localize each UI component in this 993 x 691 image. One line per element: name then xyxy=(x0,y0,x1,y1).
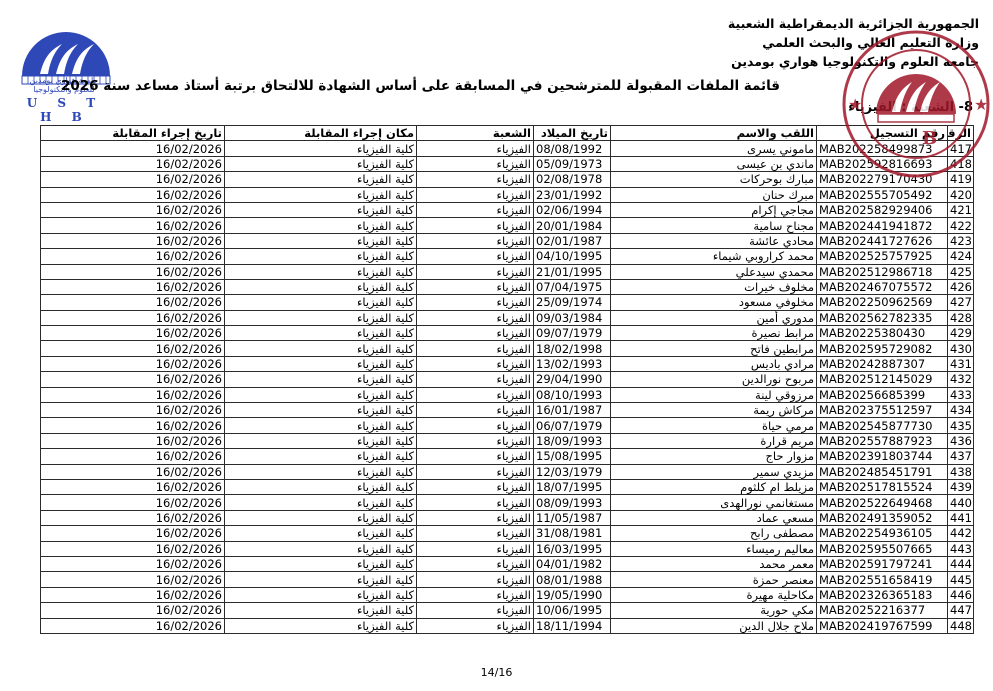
cell-number: 421 xyxy=(948,202,974,217)
page-number: 14/16 xyxy=(0,666,993,679)
cell-specialty: الفيزياء xyxy=(417,541,534,556)
cell-interview-location: كلية الفيزياء xyxy=(225,603,417,618)
cell-specialty: الفيزياء xyxy=(417,556,534,571)
cell-interview-location: كلية الفيزياء xyxy=(225,495,417,510)
cell-full-name: محمد كراروبي شيماء xyxy=(611,249,817,264)
cell-registration-number: MAB202391803744 xyxy=(817,449,948,464)
cell-interview-date: 16/02/2026 xyxy=(41,618,225,633)
cell-birth-date: 08/01/1988 xyxy=(534,572,611,587)
cell-interview-date: 16/02/2026 xyxy=(41,479,225,494)
cell-birth-date: 18/09/1993 xyxy=(534,433,611,448)
cell-birth-date: 16/03/1995 xyxy=(534,541,611,556)
svg-text:★: ★ xyxy=(974,95,988,114)
col-header-birth-date: تاريخ الميلاد xyxy=(534,126,611,141)
cell-registration-number: MAB202557887923 xyxy=(817,433,948,448)
cell-interview-location: كلية الفيزياء xyxy=(225,218,417,233)
cell-full-name: مجناح سامية xyxy=(611,218,817,233)
cell-interview-date: 16/02/2026 xyxy=(41,341,225,356)
cell-number: 442 xyxy=(948,526,974,541)
cell-full-name: مرادي باديس xyxy=(611,356,817,371)
cell-interview-date: 16/02/2026 xyxy=(41,172,225,187)
cell-registration-number: MAB202591797241 xyxy=(817,556,948,571)
table-row: 16/02/2026كلية الفيزياءالفيزياء21/01/199… xyxy=(41,264,974,279)
cell-interview-date: 16/02/2026 xyxy=(41,249,225,264)
cell-registration-number: MAB202441941872 xyxy=(817,218,948,233)
cell-birth-date: 09/07/1979 xyxy=(534,326,611,341)
cell-full-name: معمر محمد xyxy=(611,556,817,571)
table-row: 16/02/2026كلية الفيزياءالفيزياء23/01/199… xyxy=(41,187,974,202)
cell-registration-number: MAB20252216377 xyxy=(817,603,948,618)
cell-number: 432 xyxy=(948,372,974,387)
cell-birth-date: 04/10/1995 xyxy=(534,249,611,264)
cell-interview-location: كلية الفيزياء xyxy=(225,372,417,387)
cell-number: 419 xyxy=(948,172,974,187)
cell-interview-date: 16/02/2026 xyxy=(41,218,225,233)
cell-registration-number: MAB202375512597 xyxy=(817,403,948,418)
cell-interview-location: كلية الفيزياء xyxy=(225,156,417,171)
cell-registration-number: MAB20242887307 xyxy=(817,356,948,371)
cell-number: 420 xyxy=(948,187,974,202)
cell-interview-date: 16/02/2026 xyxy=(41,187,225,202)
cell-interview-date: 16/02/2026 xyxy=(41,418,225,433)
cell-specialty: الفيزياء xyxy=(417,449,534,464)
cell-specialty: الفيزياء xyxy=(417,310,534,325)
cell-full-name: مجاجي إكرام xyxy=(611,202,817,217)
cell-interview-location: كلية الفيزياء xyxy=(225,510,417,525)
cell-birth-date: 08/08/1992 xyxy=(534,141,611,156)
cell-full-name: مصطفى رابح xyxy=(611,526,817,541)
cell-number: 417 xyxy=(948,141,974,156)
cell-interview-location: كلية الفيزياء xyxy=(225,341,417,356)
cell-number: 444 xyxy=(948,556,974,571)
cell-number: 447 xyxy=(948,603,974,618)
cell-registration-number: MAB20225380430 xyxy=(817,326,948,341)
cell-interview-date: 16/02/2026 xyxy=(41,449,225,464)
cell-number: 437 xyxy=(948,449,974,464)
cell-specialty: الفيزياء xyxy=(417,218,534,233)
cell-registration-number: MAB202512145029 xyxy=(817,372,948,387)
table-row: 16/02/2026كلية الفيزياءالفيزياء19/05/199… xyxy=(41,587,974,602)
cell-interview-location: كلية الفيزياء xyxy=(225,326,417,341)
cell-interview-date: 16/02/2026 xyxy=(41,433,225,448)
cell-number: 429 xyxy=(948,326,974,341)
cell-interview-date: 16/02/2026 xyxy=(41,603,225,618)
cell-birth-date: 09/03/1984 xyxy=(534,310,611,325)
table-row: 16/02/2026كلية الفيزياءالفيزياء08/08/199… xyxy=(41,141,974,156)
section-label: 8- الشعبة : الفيزياء xyxy=(848,100,973,115)
cell-number: 443 xyxy=(948,541,974,556)
cell-registration-number: MAB202551658419 xyxy=(817,572,948,587)
table-row: 16/02/2026كلية الفيزياءالفيزياء15/08/199… xyxy=(41,449,974,464)
table-row: 16/02/2026كلية الفيزياءالفيزياء04/01/198… xyxy=(41,556,974,571)
cell-interview-location: كلية الفيزياء xyxy=(225,464,417,479)
cell-birth-date: 29/04/1990 xyxy=(534,372,611,387)
table-row: 16/02/2026كلية الفيزياءالفيزياء02/06/199… xyxy=(41,202,974,217)
cell-registration-number: MAB202545877730 xyxy=(817,418,948,433)
cell-interview-location: كلية الفيزياء xyxy=(225,295,417,310)
cell-full-name: ماموني يسرى xyxy=(611,141,817,156)
table-row: 16/02/2026كلية الفيزياءالفيزياء05/09/197… xyxy=(41,156,974,171)
cell-interview-date: 16/02/2026 xyxy=(41,326,225,341)
cell-registration-number: MAB20256685399 xyxy=(817,387,948,402)
cell-registration-number: MAB202562782335 xyxy=(817,310,948,325)
cell-birth-date: 15/08/1995 xyxy=(534,449,611,464)
col-header-specialty: الشعبة xyxy=(417,126,534,141)
cell-number: 439 xyxy=(948,479,974,494)
cell-registration-number: MAB202326365183 xyxy=(817,587,948,602)
cell-full-name: مكي حورية xyxy=(611,603,817,618)
cell-interview-date: 16/02/2026 xyxy=(41,233,225,248)
cell-number: 434 xyxy=(948,403,974,418)
cell-interview-location: كلية الفيزياء xyxy=(225,526,417,541)
cell-number: 445 xyxy=(948,572,974,587)
cell-specialty: الفيزياء xyxy=(417,510,534,525)
cell-interview-date: 16/02/2026 xyxy=(41,572,225,587)
cell-interview-location: كلية الفيزياء xyxy=(225,618,417,633)
cell-interview-date: 16/02/2026 xyxy=(41,202,225,217)
cell-birth-date: 02/01/1987 xyxy=(534,233,611,248)
cell-number: 436 xyxy=(948,433,974,448)
cell-birth-date: 16/01/1987 xyxy=(534,403,611,418)
cell-interview-location: كلية الفيزياء xyxy=(225,433,417,448)
cell-interview-date: 16/02/2026 xyxy=(41,556,225,571)
table-row: 16/02/2026كلية الفيزياءالفيزياء07/04/197… xyxy=(41,279,974,294)
cell-birth-date: 08/09/1993 xyxy=(534,495,611,510)
cell-specialty: الفيزياء xyxy=(417,526,534,541)
cell-number: 425 xyxy=(948,264,974,279)
cell-full-name: مرزوقي لينة xyxy=(611,387,817,402)
cell-registration-number: MAB202595729082 xyxy=(817,341,948,356)
document-title: قائمة الملفات المقبولة للمترشحين في المس… xyxy=(200,78,780,94)
cell-specialty: الفيزياء xyxy=(417,249,534,264)
cell-registration-number: MAB202592816693 xyxy=(817,156,948,171)
cell-specialty: الفيزياء xyxy=(417,295,534,310)
cell-full-name: مربوح نورالدين xyxy=(611,372,817,387)
cell-number: 426 xyxy=(948,279,974,294)
cell-birth-date: 06/07/1979 xyxy=(534,418,611,433)
cell-full-name: مكاحلية مهيرة xyxy=(611,587,817,602)
cell-full-name: مدوري أمين xyxy=(611,310,817,325)
table-row: 16/02/2026كلية الفيزياءالفيزياء18/11/199… xyxy=(41,618,974,633)
cell-specialty: الفيزياء xyxy=(417,356,534,371)
cell-number: 440 xyxy=(948,495,974,510)
cell-interview-location: كلية الفيزياء xyxy=(225,202,417,217)
cell-registration-number: MAB202485451791 xyxy=(817,464,948,479)
cell-birth-date: 05/09/1973 xyxy=(534,156,611,171)
cell-birth-date: 19/05/1990 xyxy=(534,587,611,602)
cell-registration-number: MAB202512986718 xyxy=(817,264,948,279)
cell-full-name: ماندي بن عيسى xyxy=(611,156,817,171)
cell-number: 427 xyxy=(948,295,974,310)
cell-full-name: محادي عائشة xyxy=(611,233,817,248)
cell-specialty: الفيزياء xyxy=(417,433,534,448)
cell-birth-date: 18/11/1994 xyxy=(534,618,611,633)
cell-birth-date: 10/06/1995 xyxy=(534,603,611,618)
table-row: 16/02/2026كلية الفيزياءالفيزياء31/08/198… xyxy=(41,526,974,541)
cell-interview-date: 16/02/2026 xyxy=(41,387,225,402)
table-row: 16/02/2026كلية الفيزياءالفيزياء09/03/198… xyxy=(41,310,974,325)
table-row: 16/02/2026كلية الفيزياءالفيزياء09/07/197… xyxy=(41,326,974,341)
col-header-registration-number: رقم التسجيل xyxy=(817,126,948,141)
cell-birth-date: 07/04/1975 xyxy=(534,279,611,294)
table-row: 16/02/2026كلية الفيزياءالفيزياء18/02/199… xyxy=(41,341,974,356)
cell-number: 423 xyxy=(948,233,974,248)
cell-birth-date: 12/03/1979 xyxy=(534,464,611,479)
cell-full-name: مسعي عماد xyxy=(611,510,817,525)
cell-interview-location: كلية الفيزياء xyxy=(225,449,417,464)
cell-full-name: محمدي سيدعلي xyxy=(611,264,817,279)
cell-specialty: الفيزياء xyxy=(417,187,534,202)
ministry-header: الجمهورية الجزائرية الديمقراطية الشعبية … xyxy=(728,14,979,71)
cell-number: 433 xyxy=(948,387,974,402)
cell-interview-date: 16/02/2026 xyxy=(41,541,225,556)
header-line-university: جامعة العلوم والتكنولوجيا هواري بومدين xyxy=(728,52,979,71)
cell-birth-date: 11/05/1987 xyxy=(534,510,611,525)
cell-interview-location: كلية الفيزياء xyxy=(225,587,417,602)
cell-registration-number: MAB202555705492 xyxy=(817,187,948,202)
cell-registration-number: MAB202595507665 xyxy=(817,541,948,556)
col-header-interview-date: تاريخ إجراء المقابلة xyxy=(41,126,225,141)
cell-specialty: الفيزياء xyxy=(417,264,534,279)
cell-interview-location: كلية الفيزياء xyxy=(225,556,417,571)
cell-full-name: معنصر حمزة xyxy=(611,572,817,587)
cell-registration-number: MAB202258499873 xyxy=(817,141,948,156)
cell-registration-number: MAB202441727626 xyxy=(817,233,948,248)
cell-registration-number: MAB202254936105 xyxy=(817,526,948,541)
cell-specialty: الفيزياء xyxy=(417,495,534,510)
cell-full-name: مخلوفي مسعود xyxy=(611,295,817,310)
cell-full-name: مرمي حياة xyxy=(611,418,817,433)
cell-interview-date: 16/02/2026 xyxy=(41,279,225,294)
cell-full-name: مركاش ريمة xyxy=(611,403,817,418)
cell-interview-date: 16/02/2026 xyxy=(41,356,225,371)
cell-interview-date: 16/02/2026 xyxy=(41,156,225,171)
cell-full-name: معاليم رميساء xyxy=(611,541,817,556)
cell-interview-date: 16/02/2026 xyxy=(41,464,225,479)
table-row: 16/02/2026كلية الفيزياءالفيزياء11/05/198… xyxy=(41,510,974,525)
cell-interview-date: 16/02/2026 xyxy=(41,310,225,325)
cell-full-name: مزوار حاج xyxy=(611,449,817,464)
cell-interview-date: 16/02/2026 xyxy=(41,141,225,156)
cell-registration-number: MAB202467075572 xyxy=(817,279,948,294)
cell-interview-date: 16/02/2026 xyxy=(41,510,225,525)
cell-interview-date: 16/02/2026 xyxy=(41,495,225,510)
cell-birth-date: 25/09/1974 xyxy=(534,295,611,310)
cell-registration-number: MAB202582929406 xyxy=(817,202,948,217)
cell-birth-date: 18/07/1995 xyxy=(534,479,611,494)
cell-specialty: الفيزياء xyxy=(417,156,534,171)
cell-interview-location: كلية الفيزياء xyxy=(225,172,417,187)
cell-registration-number: MAB202525757925 xyxy=(817,249,948,264)
cell-interview-date: 16/02/2026 xyxy=(41,264,225,279)
cell-specialty: الفيزياء xyxy=(417,341,534,356)
cell-number: 448 xyxy=(948,618,974,633)
table-row: 16/02/2026كلية الفيزياءالفيزياء12/03/197… xyxy=(41,464,974,479)
header-line-republic: الجمهورية الجزائرية الديمقراطية الشعبية xyxy=(728,14,979,33)
cell-birth-date: 20/01/1984 xyxy=(534,218,611,233)
cell-specialty: الفيزياء xyxy=(417,141,534,156)
cell-specialty: الفيزياء xyxy=(417,387,534,402)
cell-registration-number: MAB202517815524 xyxy=(817,479,948,494)
cell-specialty: الفيزياء xyxy=(417,202,534,217)
cell-number: 441 xyxy=(948,510,974,525)
cell-interview-location: كلية الفيزياء xyxy=(225,541,417,556)
cell-specialty: الفيزياء xyxy=(417,326,534,341)
col-header-interview-location: مكان إجراء المقابلة xyxy=(225,126,417,141)
table-row: 16/02/2026كلية الفيزياءالفيزياء16/01/198… xyxy=(41,403,974,418)
cell-specialty: الفيزياء xyxy=(417,464,534,479)
cell-number: 424 xyxy=(948,249,974,264)
cell-birth-date: 21/01/1995 xyxy=(534,264,611,279)
cell-birth-date: 02/08/1978 xyxy=(534,172,611,187)
table-header-row: تاريخ إجراء المقابلة مكان إجراء المقابلة… xyxy=(41,126,974,141)
cell-specialty: الفيزياء xyxy=(417,572,534,587)
cell-number: 428 xyxy=(948,310,974,325)
table-row: 16/02/2026كلية الفيزياءالفيزياء16/03/199… xyxy=(41,541,974,556)
cell-birth-date: 18/02/1998 xyxy=(534,341,611,356)
cell-registration-number: MAB202491359052 xyxy=(817,510,948,525)
cell-birth-date: 13/02/1993 xyxy=(534,356,611,371)
cell-number: 438 xyxy=(948,464,974,479)
cell-interview-location: كلية الفيزياء xyxy=(225,418,417,433)
cell-interview-date: 16/02/2026 xyxy=(41,587,225,602)
cell-interview-location: كلية الفيزياء xyxy=(225,279,417,294)
cell-interview-date: 16/02/2026 xyxy=(41,526,225,541)
table-row: 16/02/2026كلية الفيزياءالفيزياء06/07/197… xyxy=(41,418,974,433)
cell-specialty: الفيزياء xyxy=(417,418,534,433)
cell-full-name: ملاح جلال الدين xyxy=(611,618,817,633)
cell-full-name: مبرك حنان xyxy=(611,187,817,202)
cell-registration-number: MAB202419767599 xyxy=(817,618,948,633)
logo-acronym: U S T H B xyxy=(22,96,108,124)
cell-full-name: مزيدي سمير xyxy=(611,464,817,479)
cell-full-name: مستغانمي نورالهدى xyxy=(611,495,817,510)
cell-registration-number: MAB202250962569 xyxy=(817,295,948,310)
cell-full-name: مرابطين فاتح xyxy=(611,341,817,356)
cell-birth-date: 23/01/1992 xyxy=(534,187,611,202)
table-row: 16/02/2026كلية الفيزياءالفيزياء25/09/197… xyxy=(41,295,974,310)
table-row: 16/02/2026كلية الفيزياءالفيزياء13/02/199… xyxy=(41,356,974,371)
cell-specialty: الفيزياء xyxy=(417,372,534,387)
table-row: 16/02/2026كلية الفيزياءالفيزياء02/01/198… xyxy=(41,233,974,248)
table-row: 16/02/2026كلية الفيزياءالفيزياء29/04/199… xyxy=(41,372,974,387)
table-row: 16/02/2026كلية الفيزياءالفيزياء18/09/199… xyxy=(41,433,974,448)
candidates-table: تاريخ إجراء المقابلة مكان إجراء المقابلة… xyxy=(40,125,974,634)
cell-number: 430 xyxy=(948,341,974,356)
cell-full-name: مزيلط ام كلثوم xyxy=(611,479,817,494)
cell-interview-location: كلية الفيزياء xyxy=(225,356,417,371)
cell-interview-location: كلية الفيزياء xyxy=(225,264,417,279)
cell-interview-location: كلية الفيزياء xyxy=(225,187,417,202)
cell-specialty: الفيزياء xyxy=(417,618,534,633)
table-row: 16/02/2026كلية الفيزياءالفيزياء10/06/199… xyxy=(41,603,974,618)
table-row: 16/02/2026كلية الفيزياءالفيزياء20/01/198… xyxy=(41,218,974,233)
table-row: 16/02/2026كلية الفيزياءالفيزياء04/10/199… xyxy=(41,249,974,264)
cell-specialty: الفيزياء xyxy=(417,233,534,248)
cell-full-name: مريم قرارة xyxy=(611,433,817,448)
cell-number: 435 xyxy=(948,418,974,433)
table-row: 16/02/2026كلية الفيزياءالفيزياء08/10/199… xyxy=(41,387,974,402)
cell-birth-date: 04/01/1982 xyxy=(534,556,611,571)
cell-registration-number: MAB202522649468 xyxy=(817,495,948,510)
col-header-number: الرقم xyxy=(948,126,974,141)
cell-full-name: مرابط نصيرة xyxy=(611,326,817,341)
cell-interview-location: كلية الفيزياء xyxy=(225,387,417,402)
cell-interview-location: كلية الفيزياء xyxy=(225,479,417,494)
cell-birth-date: 31/08/1981 xyxy=(534,526,611,541)
cell-specialty: الفيزياء xyxy=(417,603,534,618)
cell-specialty: الفيزياء xyxy=(417,172,534,187)
table-row: 16/02/2026كلية الفيزياءالفيزياء18/07/199… xyxy=(41,479,974,494)
cell-number: 431 xyxy=(948,356,974,371)
cell-interview-location: كلية الفيزياء xyxy=(225,249,417,264)
cell-interview-date: 16/02/2026 xyxy=(41,372,225,387)
cell-full-name: مخلوف خيرات xyxy=(611,279,817,294)
cell-full-name: مبارك بوحركات xyxy=(611,172,817,187)
cell-registration-number: MAB202279170430 xyxy=(817,172,948,187)
cell-specialty: الفيزياء xyxy=(417,279,534,294)
cell-interview-location: كلية الفيزياء xyxy=(225,572,417,587)
col-header-full-name: اللقب والاسم xyxy=(611,126,817,141)
cell-interview-location: كلية الفيزياء xyxy=(225,310,417,325)
cell-interview-location: كلية الفيزياء xyxy=(225,403,417,418)
table-row: 16/02/2026كلية الفيزياءالفيزياء08/09/199… xyxy=(41,495,974,510)
cell-specialty: الفيزياء xyxy=(417,403,534,418)
table-row: 16/02/2026كلية الفيزياءالفيزياء02/08/197… xyxy=(41,172,974,187)
cell-specialty: الفيزياء xyxy=(417,479,534,494)
cell-interview-location: كلية الفيزياء xyxy=(225,233,417,248)
cell-number: 446 xyxy=(948,587,974,602)
cell-number: 422 xyxy=(948,218,974,233)
cell-birth-date: 08/10/1993 xyxy=(534,387,611,402)
header-line-ministry: وزارة التعليم العالي والبحث العلمي xyxy=(728,33,979,52)
cell-interview-location: كلية الفيزياء xyxy=(225,141,417,156)
cell-birth-date: 02/06/1994 xyxy=(534,202,611,217)
table-row: 16/02/2026كلية الفيزياءالفيزياء08/01/198… xyxy=(41,572,974,587)
cell-number: 418 xyxy=(948,156,974,171)
cell-interview-date: 16/02/2026 xyxy=(41,403,225,418)
cell-specialty: الفيزياء xyxy=(417,587,534,602)
cell-interview-date: 16/02/2026 xyxy=(41,295,225,310)
